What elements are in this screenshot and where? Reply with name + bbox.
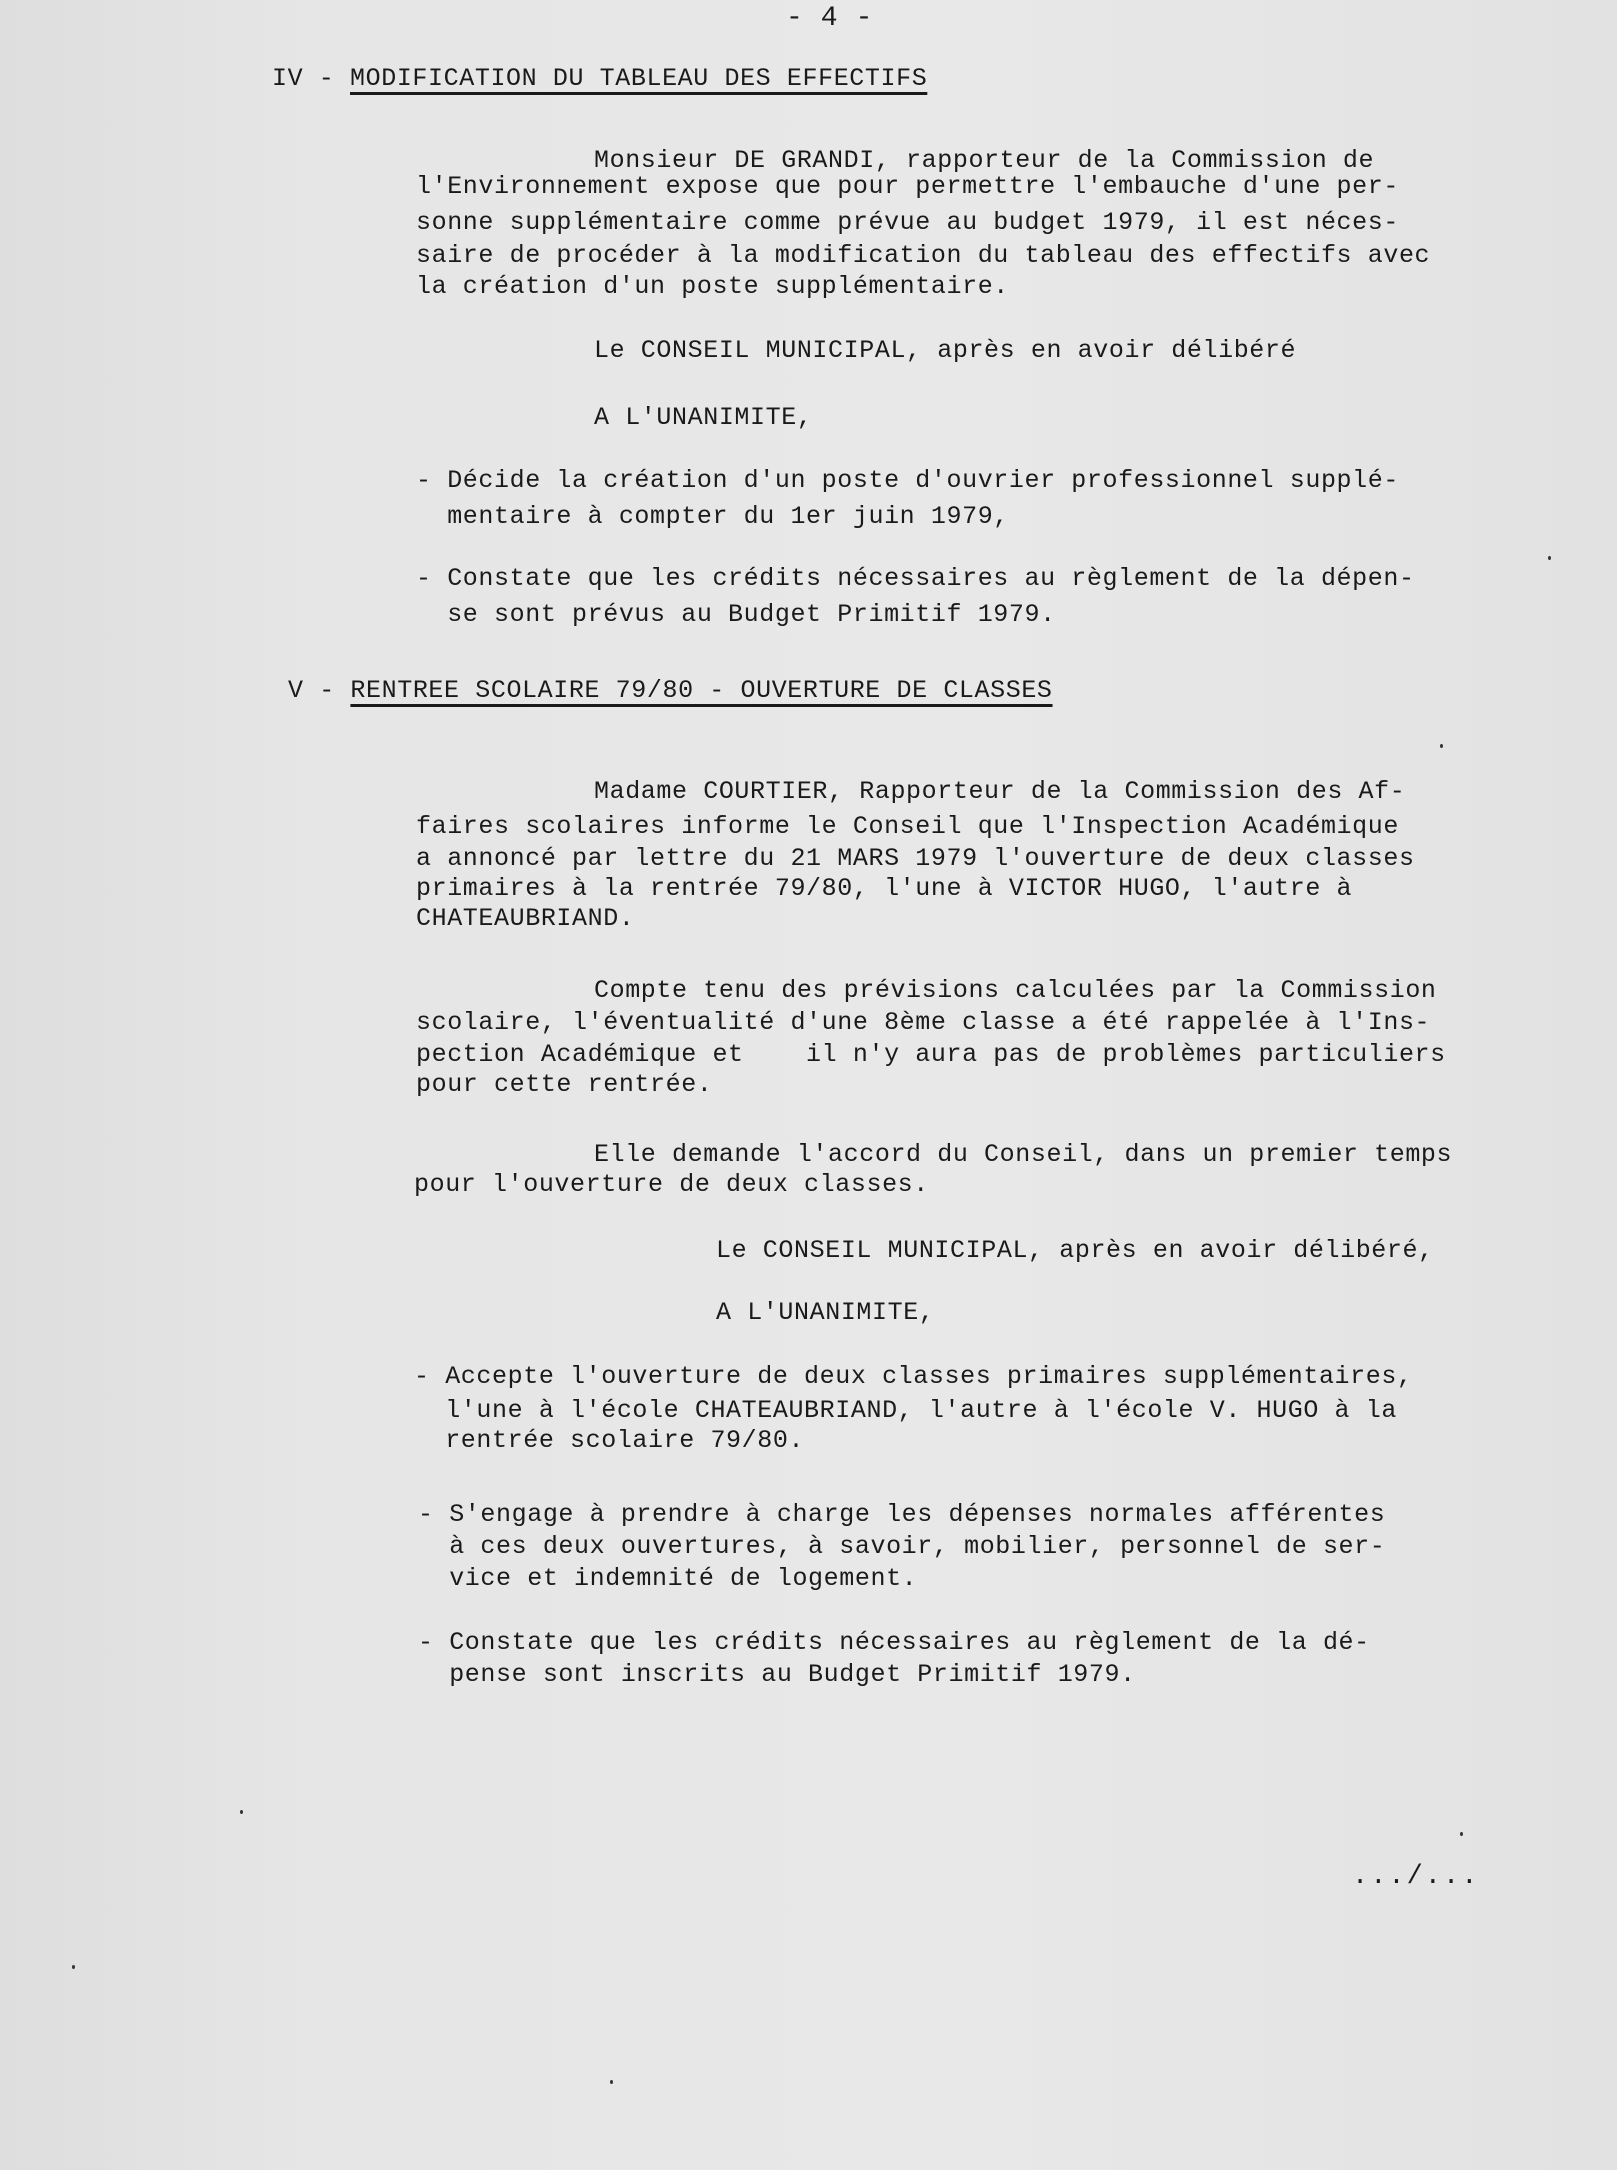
scan-speck bbox=[1548, 556, 1551, 560]
section-iv-decision-line: se sont prévus au Budget Primitif 1979. bbox=[416, 600, 1056, 630]
section-iv-title: MODIFICATION DU TABLEAU DES EFFECTIFS bbox=[350, 64, 927, 93]
document-page: - 4 - IV - MODIFICATION DU TABLEAU DES E… bbox=[0, 0, 1617, 2170]
section-v-decision-line: l'une à l'école CHATEAUBRIAND, l'autre à… bbox=[414, 1396, 1397, 1426]
section-v-decision-line: vice et indemnité de logement. bbox=[418, 1564, 917, 1594]
section-iv-intro-line: saire de procéder à la modification du t… bbox=[416, 241, 1430, 271]
scan-speck bbox=[240, 1810, 243, 1814]
section-v-paragraph-line: Elle demande l'accord du Conseil, dans u… bbox=[594, 1140, 1452, 1170]
section-v-deliberation: Le CONSEIL MUNICIPAL, après en avoir dél… bbox=[716, 1236, 1434, 1266]
section-iv-decision-line: - Décide la création d'un poste d'ouvrie… bbox=[416, 466, 1399, 496]
section-iv-decision-line: - Constate que les crédits nécessaires a… bbox=[416, 564, 1415, 594]
section-v-vote: A L'UNANIMITE, bbox=[716, 1298, 934, 1328]
section-v-decision-line: pense sont inscrits au Budget Primitif 1… bbox=[418, 1660, 1136, 1690]
section-v-decision-line: à ces deux ouvertures, à savoir, mobilie… bbox=[418, 1532, 1385, 1562]
section-v-decision-line: - Constate que les crédits nécessaires a… bbox=[418, 1628, 1370, 1658]
section-v-decision-line: - S'engage à prendre à charge les dépens… bbox=[418, 1500, 1385, 1530]
continuation-mark: .../... bbox=[1352, 1862, 1479, 1892]
section-v-number: V - bbox=[288, 676, 350, 705]
section-iv-vote: A L'UNANIMITE, bbox=[594, 403, 812, 433]
page-number: - 4 - bbox=[786, 4, 873, 34]
scan-speck bbox=[1460, 1832, 1463, 1836]
section-iv-decision-line: mentaire à compter du 1er juin 1979, bbox=[416, 502, 1009, 532]
section-v-decision-line: rentrée scolaire 79/80. bbox=[414, 1426, 804, 1456]
section-v-paragraph-line: pection Académique et il n'y aura pas de… bbox=[416, 1040, 1446, 1070]
section-v-heading: V - RENTREE SCOLAIRE 79/80 - OUVERTURE D… bbox=[288, 676, 1053, 706]
section-iv-intro-line: l'Environnement expose que pour permettr… bbox=[416, 172, 1399, 202]
section-iv-deliberation: Le CONSEIL MUNICIPAL, après en avoir dél… bbox=[594, 336, 1296, 366]
scan-speck bbox=[1440, 744, 1443, 748]
scan-speck bbox=[72, 1965, 75, 1969]
section-iv-number: IV - bbox=[272, 64, 350, 93]
section-v-paragraph-line: a annoncé par lettre du 21 MARS 1979 l'o… bbox=[416, 844, 1415, 874]
section-v-paragraph-line: Madame COURTIER, Rapporteur de la Commis… bbox=[594, 777, 1405, 807]
section-v-paragraph-line: scolaire, l'éventualité d'une 8ème class… bbox=[416, 1008, 1430, 1038]
section-v-title: RENTREE SCOLAIRE 79/80 - OUVERTURE DE CL… bbox=[350, 676, 1052, 705]
section-v-paragraph-line: faires scolaires informe le Conseil que … bbox=[416, 812, 1399, 842]
section-v-paragraph-line: primaires à la rentrée 79/80, l'une à VI… bbox=[416, 874, 1352, 904]
section-v-paragraph-line: Compte tenu des prévisions calculées par… bbox=[594, 976, 1437, 1006]
scan-speck bbox=[610, 2080, 613, 2084]
section-v-decision-line: - Accepte l'ouverture de deux classes pr… bbox=[414, 1362, 1413, 1392]
section-iv-intro-line: la création d'un poste supplémentaire. bbox=[416, 272, 1009, 302]
section-iv-intro-line: sonne supplémentaire comme prévue au bud… bbox=[416, 208, 1399, 238]
section-v-paragraph-line: pour cette rentrée. bbox=[416, 1070, 712, 1100]
section-iv-heading: IV - MODIFICATION DU TABLEAU DES EFFECTI… bbox=[272, 64, 927, 94]
section-v-paragraph-line: CHATEAUBRIAND. bbox=[416, 904, 634, 934]
section-v-paragraph-line: pour l'ouverture de deux classes. bbox=[414, 1170, 929, 1200]
